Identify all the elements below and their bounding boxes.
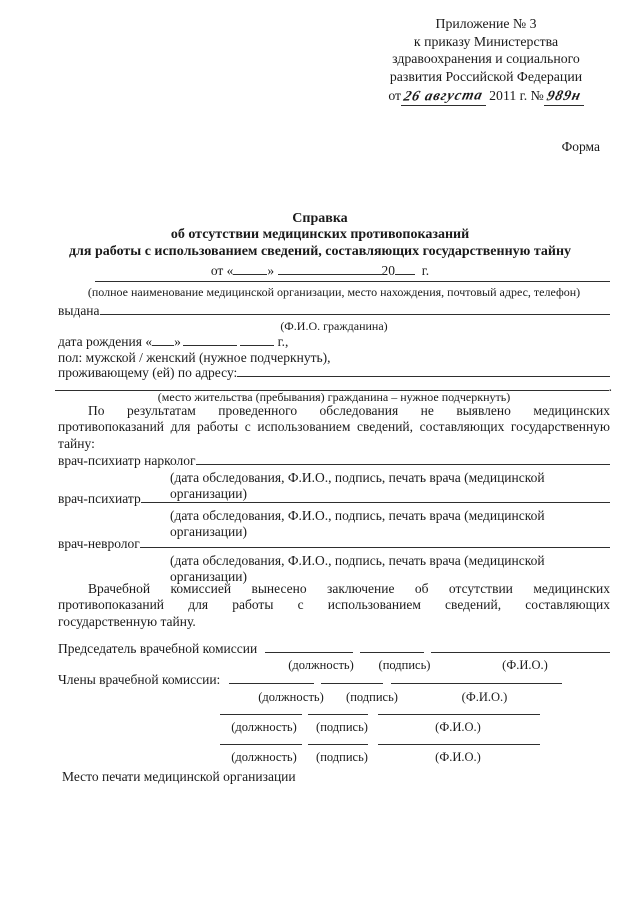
members-caption-row-1: (должность) (подпись) (Ф.И.О.) [245, 691, 562, 704]
member-position-blank [229, 683, 314, 684]
fio-caption: (Ф.И.О.) [440, 659, 610, 672]
fio-caption: (Ф.И.О.) [407, 691, 562, 704]
members-row-3 [220, 744, 540, 745]
paragraph-line: противопоказаний для работы с использова… [58, 419, 610, 435]
members-caption-row-3: (должность) (подпись) (Ф.И.О.) [220, 751, 540, 764]
doctor-label: врач-невролог [58, 536, 140, 552]
doctor-blank-line [140, 547, 610, 548]
month-blank [278, 271, 382, 275]
order-middle: 2011 г. № [489, 88, 544, 103]
year-blank [395, 271, 415, 275]
title-line: Справка [20, 211, 620, 227]
signature-caption: (подпись) [308, 751, 376, 764]
birth-month-blank [183, 342, 237, 346]
form-label: Форма [0, 139, 600, 155]
appendix-line: здравоохранения и социального [352, 50, 620, 68]
member-fio-blank [391, 683, 562, 684]
issued-label: выдана [58, 303, 100, 319]
birth-label: дата рождения « [58, 334, 152, 349]
birth-date-row: дата рождения «» г., [58, 334, 288, 350]
doctor-label: врач-психиатр [58, 491, 141, 507]
member-signature-blank [321, 683, 383, 684]
title-line: для работы с использованием сведений, со… [20, 244, 620, 260]
chairman-label: Председатель врачебной комиссии [58, 641, 257, 657]
scanned-certificate-page: Приложение № 3 к приказу Министерства зд… [0, 0, 640, 905]
chairman-caption-row: (должность) (подпись) (Ф.И.О.) [273, 659, 610, 672]
birth-close-quote: » [174, 334, 181, 349]
year-prefix: 20 [382, 263, 396, 278]
title-line: об отсутствии медицинских противопоказан… [20, 227, 620, 243]
date-prefix: от « [211, 263, 234, 278]
year-suffix: г. [422, 263, 429, 278]
member-signature-blank [308, 714, 368, 715]
paragraph-line: тайну: [58, 436, 610, 452]
appendix-line: к приказу Министерства [352, 33, 620, 51]
handwritten-date: 26 августа [402, 88, 484, 104]
sex-line: пол: мужской / женский (нужное подчеркну… [58, 350, 331, 366]
birth-year-blank [240, 342, 274, 346]
issued-to-row: выдана [58, 303, 610, 319]
doctor-blank-line [141, 502, 610, 503]
commission-conclusion-paragraph: Врачебной комиссией вынесено заключение … [58, 581, 610, 630]
day-blank [233, 271, 267, 275]
member-signature-blank [308, 744, 368, 745]
members-label: Члены врачебной комиссии: [58, 672, 220, 688]
citizen-name-caption: (Ф.И.О. гражданина) [58, 320, 610, 333]
position-caption: (должность) [273, 659, 369, 672]
paragraph-line: По результатам проведенного обследования… [58, 403, 610, 419]
issued-blank-line [100, 314, 610, 315]
members-row-2 [220, 714, 540, 715]
handwritten-number-underline: 989н [544, 87, 584, 106]
member-position-blank [220, 714, 302, 715]
examination-paragraph: По результатам проведенного обследования… [58, 403, 610, 452]
appendix-line: Приложение № 3 [352, 15, 620, 33]
doctor-row-neurologist: врач-невролог [58, 536, 610, 552]
org-name-blank-line [95, 281, 610, 282]
chairman-row: Председатель врачебной комиссии [58, 641, 610, 657]
members-caption-row-2: (должность) (подпись) (Ф.И.О.) [220, 721, 540, 734]
title-date-line: от «» 20 г. [20, 263, 620, 279]
org-name-section: (полное наименование медицинской организ… [58, 281, 610, 299]
position-caption: (должность) [220, 721, 308, 734]
doctor-blank-line [196, 464, 610, 465]
signature-caption: (подпись) [369, 659, 440, 672]
member-fio-blank [378, 714, 540, 715]
paragraph-line: государственную тайну. [58, 614, 610, 630]
birth-suffix: г., [278, 334, 289, 349]
stamp-place-note: Место печати медицинской организации [62, 769, 296, 785]
document-title: Справка об отсутствии медицинских против… [20, 211, 620, 279]
paragraph-line: противопоказаний для работы с использова… [58, 597, 610, 613]
signature-caption: (подпись) [308, 721, 376, 734]
handwritten-order-number: 989н [545, 89, 582, 105]
chairman-position-blank [265, 652, 353, 653]
position-caption: (должность) [220, 751, 308, 764]
address-blank-line [237, 376, 610, 377]
chairman-fio-blank [431, 652, 610, 653]
appendix-line: развития Российской Федерации [352, 68, 620, 86]
member-position-blank [220, 744, 302, 745]
paragraph-line: Врачебной комиссией вынесено заключение … [58, 581, 610, 597]
handwritten-date-underline: 26 августа [401, 87, 486, 106]
fio-caption: (Ф.И.О.) [376, 751, 540, 764]
fio-caption: (Ф.И.О.) [376, 721, 540, 734]
org-name-caption: (полное наименование медицинской организ… [58, 286, 610, 299]
doctor-row-psychiatrist: врач-психиатр [58, 491, 610, 507]
order-prefix: от [388, 88, 401, 103]
order-date-line: от26 августа 2011 г. №989н [352, 87, 620, 106]
date-close-quote: » [267, 263, 274, 278]
doctor-row-psychiatrist-narcologist: врач-психиатр нарколог [58, 453, 610, 469]
appendix-header: Приложение № 3 к приказу Министерства зд… [352, 15, 620, 106]
doctor-label: врач-психиатр нарколог [58, 453, 196, 469]
members-row-1: Члены врачебной комиссии: [58, 672, 562, 688]
member-fio-blank [378, 744, 540, 745]
chairman-signature-blank [360, 652, 424, 653]
signature-caption: (подпись) [337, 691, 407, 704]
position-caption: (должность) [245, 691, 337, 704]
birth-day-blank [152, 342, 174, 346]
